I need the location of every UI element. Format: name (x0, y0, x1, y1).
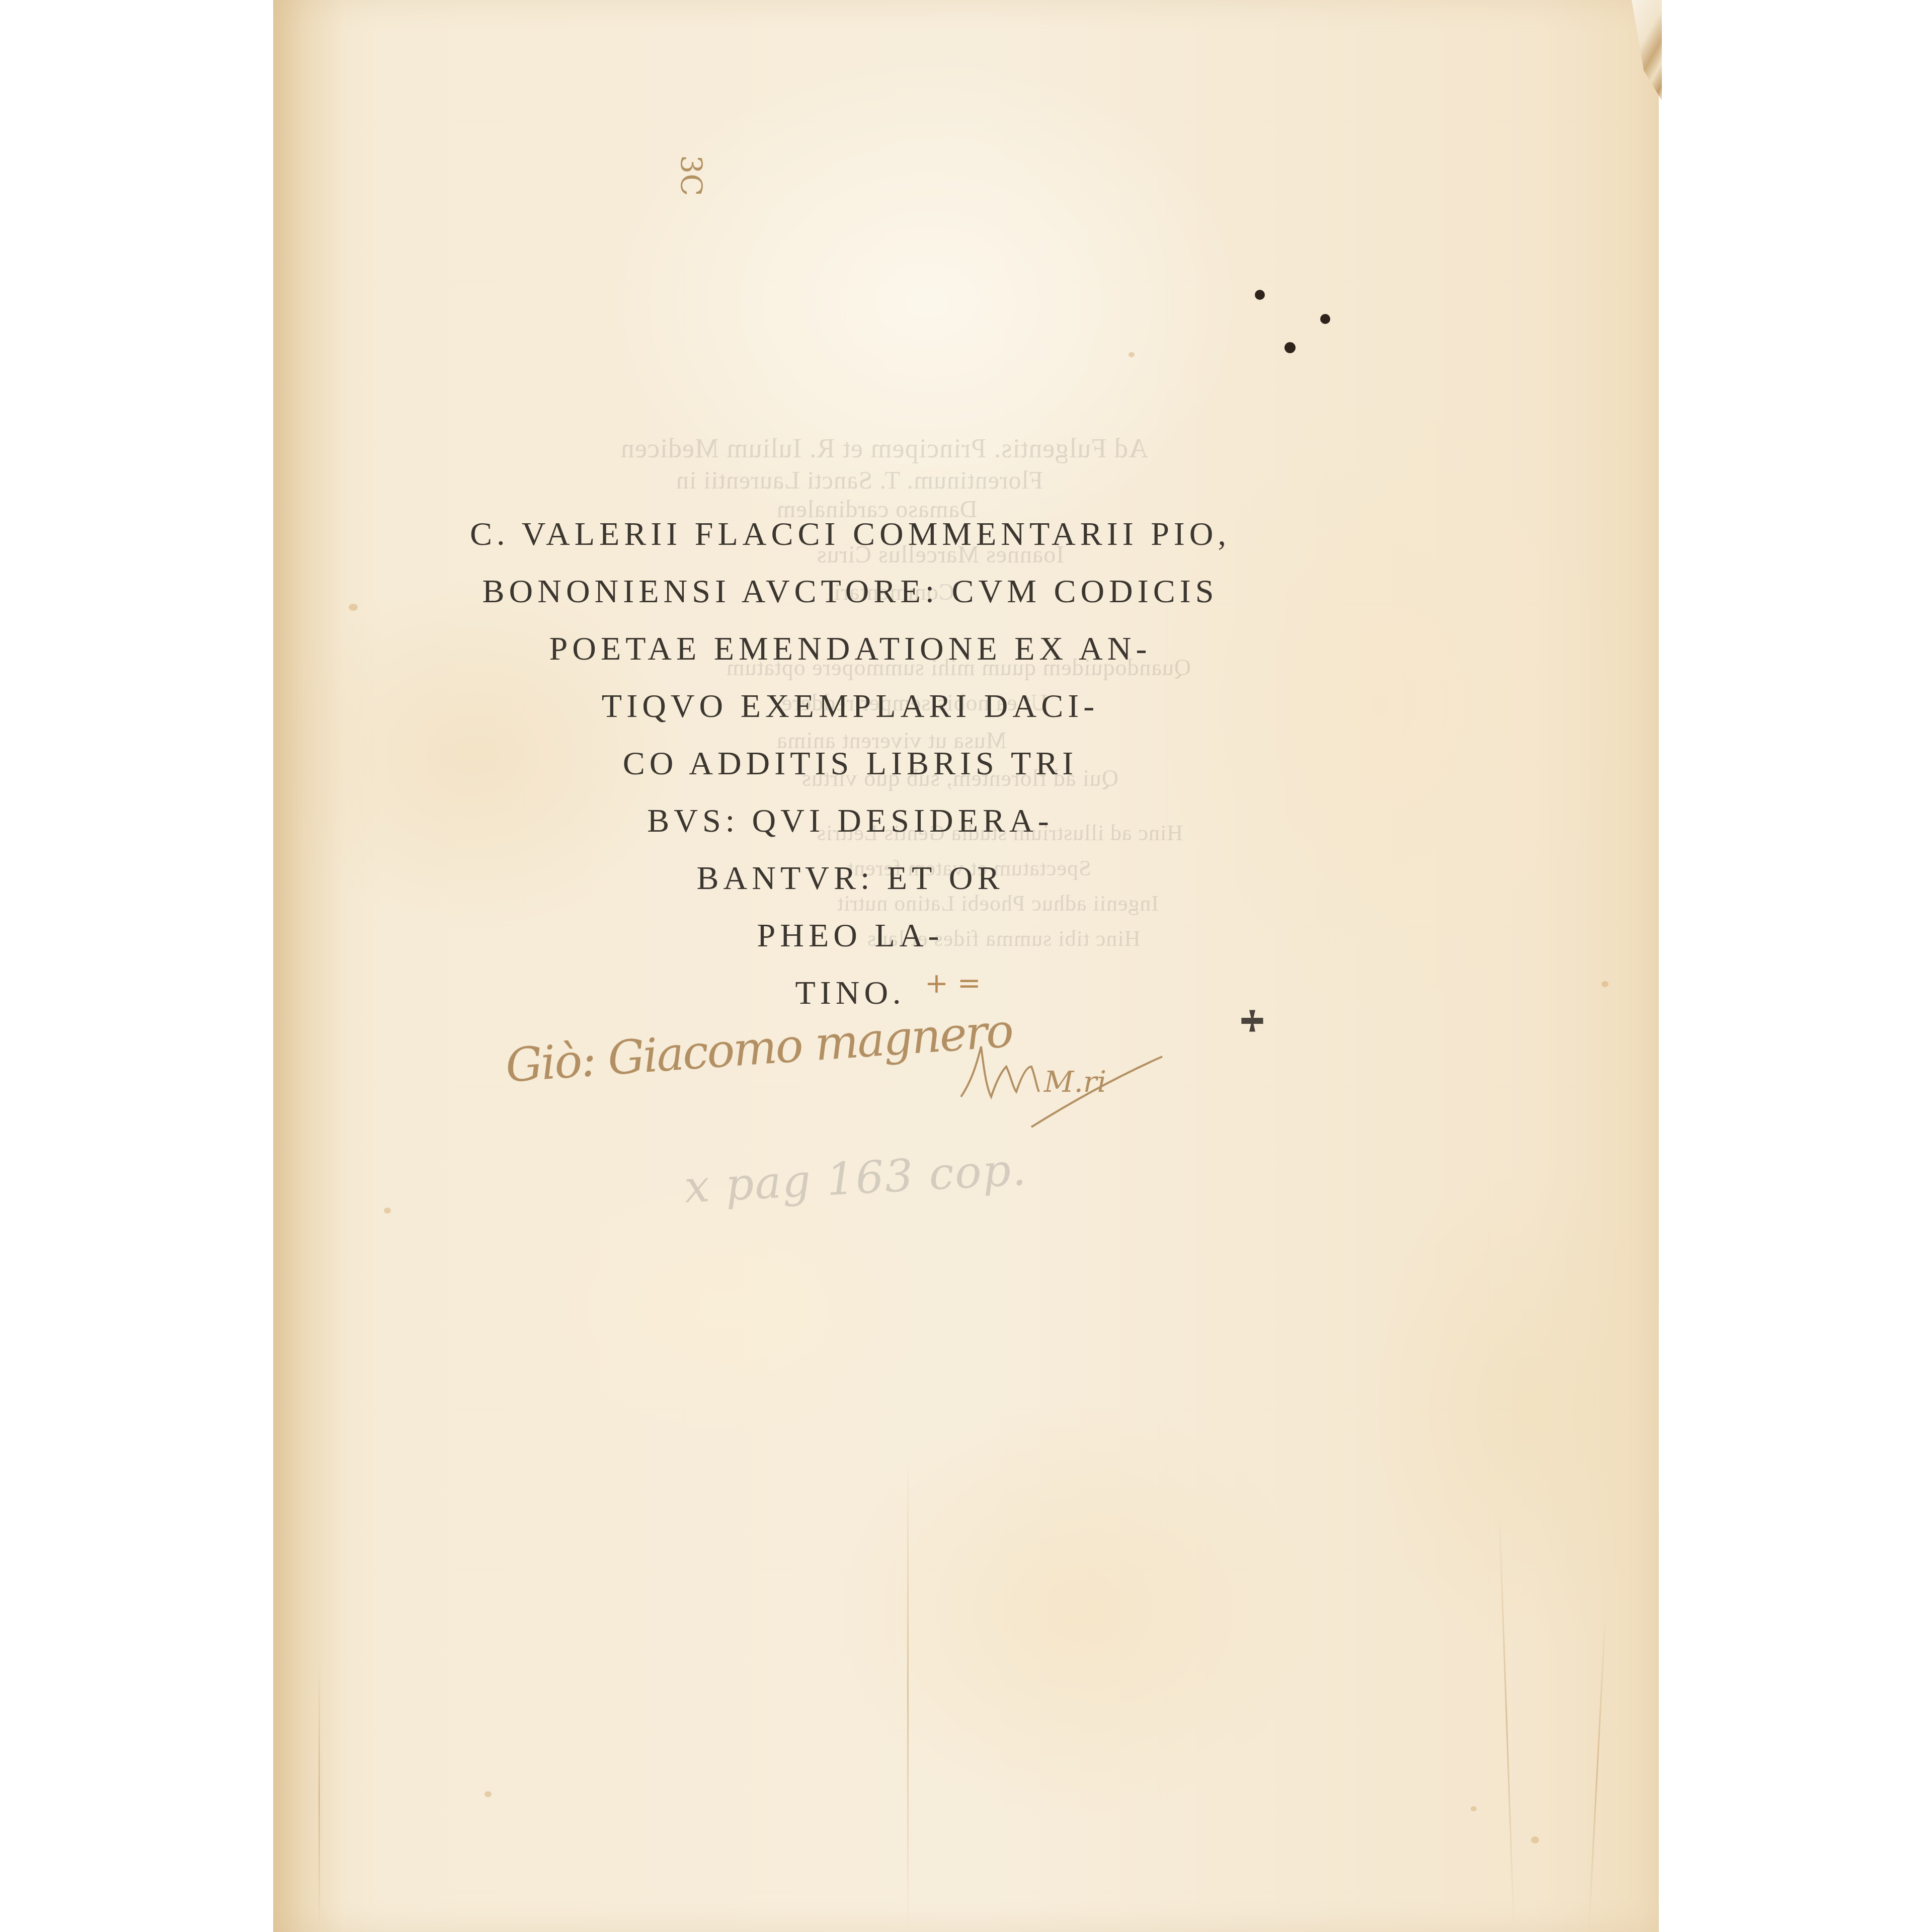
paper-crease (1588, 1610, 1606, 1931)
title-line-3: POETAE EMENDATIONE EX AN- (382, 620, 1318, 678)
title-line-1: C. VALERII FLACCI COMMENTARII PIO, (382, 506, 1318, 563)
foxing-spot (1531, 1836, 1539, 1843)
foxing-spot (1601, 981, 1608, 987)
bleed-through-line: Florentinum. T. Sancti Laurentii in (676, 465, 1043, 495)
ink-dot (1255, 290, 1265, 300)
foxing-spot (1129, 352, 1135, 357)
title-line-8: PHEO LA- (382, 907, 1318, 964)
foxing-spot (384, 1207, 391, 1214)
paper-crease (318, 1660, 320, 1932)
foxing-spot (485, 1791, 492, 1797)
title-line-5: CO ADDITIS LIBRIS TRI (382, 735, 1318, 792)
paper-crease (907, 1459, 909, 1932)
ink-dot (1320, 314, 1330, 324)
title-line-6: BVS: QVI DESIDERA- (382, 792, 1318, 850)
signature-suffix: M.ri (1043, 1065, 1106, 1099)
bleed-through-line: Ad Fulgentis. Principem et R. Iulium Med… (620, 433, 1148, 464)
marginal-annotation: 3C (677, 155, 706, 196)
ink-dot (1284, 342, 1296, 353)
cross-pattee-icon (1240, 1009, 1264, 1033)
title-line-7: BANTVR: ET OR (382, 850, 1318, 907)
title-line-4: TIQVO EXEMPLARI DACI- (382, 678, 1318, 735)
signature-flourish: M.ri (956, 1036, 1167, 1132)
title-line-9: TINO. (382, 964, 1318, 1022)
foxing-spot (349, 604, 358, 611)
paper-crease (1498, 1509, 1514, 1932)
title-text-block: C. VALERII FLACCI COMMENTARII PIO, BONON… (382, 506, 1318, 1022)
handwritten-mark: + = (925, 967, 981, 1000)
foxing-spot (1471, 1806, 1477, 1811)
title-line-2: BONONIENSI AVCTORE: CVM CODICIS (382, 563, 1318, 620)
torn-corner (1632, 0, 1662, 101)
